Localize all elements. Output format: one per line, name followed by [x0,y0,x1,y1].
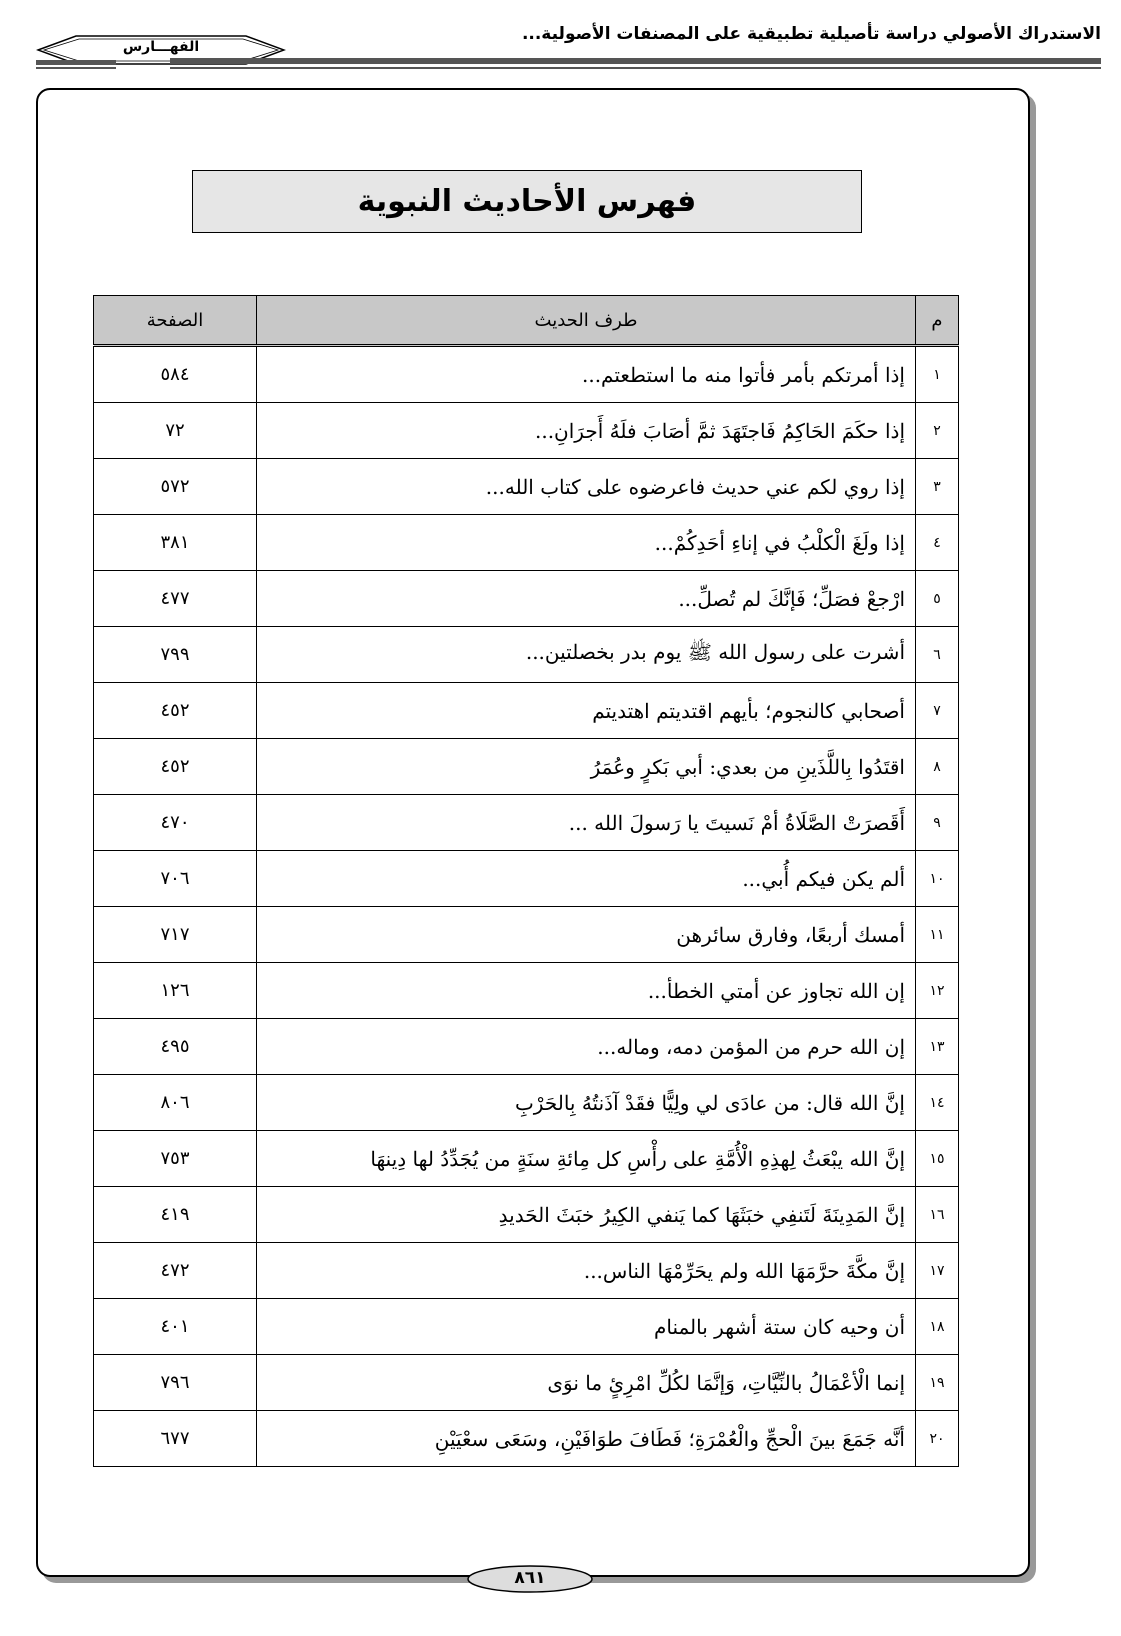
header-num: م [916,296,959,346]
table-row: ١١أمسك أربعًا، وفارق سائرهن٧١٧ [94,907,959,963]
cell-page: ١٢٦ [94,963,257,1019]
cell-hadith: إنما الْأعْمَالُ بالنِّيَّاتِ، وَإنَّمَا… [257,1355,916,1411]
table-row: ١٨أن وحيه كان ستة أشهر بالمنام٤٠١ [94,1299,959,1355]
cell-hadith: أَقَصرَتْ الصَّلَاةُ أمْ نَسيتَ يا رَسول… [257,795,916,851]
cell-num: ٧ [916,683,959,739]
cell-hadith: أشرت على رسول الله ﷺ يوم بدر بخصلتين... [257,627,916,683]
cell-hadith: إذا حكَمَ الحَاكِمُ فَاجتَهَدَ ثمَّ أصَا… [257,403,916,459]
page-number: ٨٦١ [465,1568,595,1588]
table-row: ١٥إنَّ الله يبْعَثُ لِهذِهِ الْأُمَّةِ ع… [94,1131,959,1187]
cell-hadith: إن الله تجاوز عن أمتي الخطأ... [257,963,916,1019]
cell-page: ٧٩٦ [94,1355,257,1411]
cell-hadith: إنَّ الله قال: من عادَى لي ولِيًّا فقَدْ… [257,1075,916,1131]
cell-num: ١٤ [916,1075,959,1131]
table-row: ١٤إنَّ الله قال: من عادَى لي ولِيًّا فقَ… [94,1075,959,1131]
cell-hadith: إنَّ مكَّةَ حرَّمَهَا الله ولم يحَرِّمْه… [257,1243,916,1299]
cell-num: ٢ [916,403,959,459]
table-row: ١٩إنما الْأعْمَالُ بالنِّيَّاتِ، وَإنَّم… [94,1355,959,1411]
cell-page: ٣٨١ [94,515,257,571]
table-row: ٨اقتَدُوا بِاللَّذَينِ من بعدي: أبي بَكر… [94,739,959,795]
cell-page: ٤٥٢ [94,683,257,739]
page-number-badge: ٨٦١ [465,1564,595,1594]
index-title: فهرس الأحاديث النبوية [358,184,697,219]
cell-num: ٢٠ [916,1411,959,1467]
cell-page: ٤٧٧ [94,571,257,627]
header-rule-left-thin [36,67,116,69]
cell-page: ٧١٧ [94,907,257,963]
cell-hadith: إنَّ المَدِينَةَ لَتَنفِي خبَثَهَا كما ي… [257,1187,916,1243]
table-row: ٤إذا ولَغَ الْكلْبُ في إناءِ أحَدِكُمْ..… [94,515,959,571]
cell-num: ١٣ [916,1019,959,1075]
cell-num: ١ [916,346,959,403]
cell-num: ١٧ [916,1243,959,1299]
table-row: ٢إذا حكَمَ الحَاكِمُ فَاجتَهَدَ ثمَّ أصَ… [94,403,959,459]
cell-num: ١٠ [916,851,959,907]
cell-page: ٦٧٧ [94,1411,257,1467]
table-row: ٦أشرت على رسول الله ﷺ يوم بدر بخصلتين...… [94,627,959,683]
table-row: ١إذا أمرتكم بأمر فأتوا منه ما استطعتم...… [94,346,959,403]
table-header-row: م طرف الحديث الصفحة [94,296,959,346]
index-title-box: فهرس الأحاديث النبوية [192,170,862,233]
cell-page: ٤٧٢ [94,1243,257,1299]
cell-hadith: إذا ولَغَ الْكلْبُ في إناءِ أحَدِكُمْ... [257,515,916,571]
cell-num: ١٢ [916,963,959,1019]
cell-hadith: أصحابي كالنجوم؛ بأيهم اقتديتم اهتديتم [257,683,916,739]
cell-num: ٩ [916,795,959,851]
header-rule [170,58,1101,64]
cell-num: ١٥ [916,1131,959,1187]
cell-num: ٦ [916,627,959,683]
cell-num: ٤ [916,515,959,571]
table-row: ١٧إنَّ مكَّةَ حرَّمَهَا الله ولم يحَرِّم… [94,1243,959,1299]
header-page: الصفحة [94,296,257,346]
cell-page: ٤١٩ [94,1187,257,1243]
header-rule-left [36,60,116,65]
cell-page: ٨٠٦ [94,1075,257,1131]
table-row: ٥ارْجعْ فصَلِّ؛ فَإنَّكَ لم تُصلِّ...٤٧٧ [94,571,959,627]
table-row: ٩أَقَصرَتْ الصَّلَاةُ أمْ نَسيتَ يا رَسو… [94,795,959,851]
cell-num: ١١ [916,907,959,963]
cell-page: ٥٨٤ [94,346,257,403]
table-row: ٧أصحابي كالنجوم؛ بأيهم اقتديتم اهتديتم٤٥… [94,683,959,739]
hadith-index-table: م طرف الحديث الصفحة ١إذا أمرتكم بأمر فأت… [93,295,959,1467]
cell-hadith: إذا روي لكم عني حديث فاعرضوه على كتاب ال… [257,459,916,515]
cell-hadith: إن الله حرم من المؤمن دمه، وماله... [257,1019,916,1075]
cell-page: ٥٧٢ [94,459,257,515]
cell-hadith: إذا أمرتكم بأمر فأتوا منه ما استطعتم... [257,346,916,403]
section-label: الفهـــارس [36,39,286,55]
cell-num: ٨ [916,739,959,795]
table-row: ١٢إن الله تجاوز عن أمتي الخطأ...١٢٦ [94,963,959,1019]
cell-hadith: أنَّه جَمَعَ بينَ الْحجِّ والْعُمْرَةِ؛ … [257,1411,916,1467]
cell-page: ٧٩٩ [94,627,257,683]
cell-page: ٤٠١ [94,1299,257,1355]
cell-num: ١٩ [916,1355,959,1411]
cell-num: ١٨ [916,1299,959,1355]
table-row: ١٣إن الله حرم من المؤمن دمه، وماله...٤٩٥ [94,1019,959,1075]
book-title: الاستدراك الأصولي دراسة تأصيلية تطبيقية … [522,24,1101,44]
header-hadith: طرف الحديث [257,296,916,346]
cell-page: ٧٢ [94,403,257,459]
table-row: ٣إذا روي لكم عني حديث فاعرضوه على كتاب ا… [94,459,959,515]
cell-page: ٤٩٥ [94,1019,257,1075]
header-rule-thin [170,67,1101,69]
cell-hadith: أمسك أربعًا، وفارق سائرهن [257,907,916,963]
cell-num: ٣ [916,459,959,515]
cell-page: ٧٠٦ [94,851,257,907]
cell-hadith: ألم يكن فيكم أُبي... [257,851,916,907]
cell-num: ١٦ [916,1187,959,1243]
cell-num: ٥ [916,571,959,627]
table-row: ١٦إنَّ المَدِينَةَ لَتَنفِي خبَثَهَا كما… [94,1187,959,1243]
cell-page: ٤٧٠ [94,795,257,851]
cell-page: ٧٥٣ [94,1131,257,1187]
table-row: ١٠ألم يكن فيكم أُبي...٧٠٦ [94,851,959,907]
cell-page: ٤٥٢ [94,739,257,795]
cell-hadith: اقتَدُوا بِاللَّذَينِ من بعدي: أبي بَكرٍ… [257,739,916,795]
table-row: ٢٠أنَّه جَمَعَ بينَ الْحجِّ والْعُمْرَةِ… [94,1411,959,1467]
cell-hadith: أن وحيه كان ستة أشهر بالمنام [257,1299,916,1355]
cell-hadith: إنَّ الله يبْعَثُ لِهذِهِ الْأُمَّةِ على… [257,1131,916,1187]
cell-hadith: ارْجعْ فصَلِّ؛ فَإنَّكَ لم تُصلِّ... [257,571,916,627]
